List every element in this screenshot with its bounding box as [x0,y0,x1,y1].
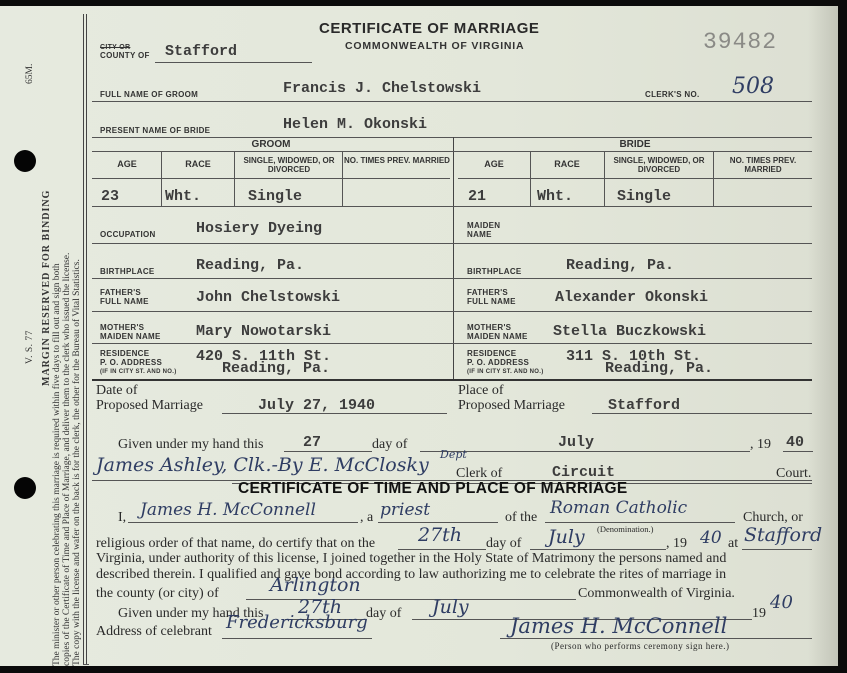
celebrant-name: James H. McConnell [140,500,316,520]
license-day-of-label: day of [372,437,407,453]
document-title: CERTIFICATE OF MARRIAGE [319,20,539,37]
bride-race: Wht. [537,188,573,205]
license-day-rule [284,451,372,452]
section-rule [92,151,812,152]
ceremony-of-the-label: of the [505,510,537,526]
bride-father-label-1: FATHER'S [467,289,508,297]
license-given-label: Given under my hand this [118,437,263,453]
license-month-rule [420,451,750,452]
county-label: COUNTY OF [100,52,150,60]
margin-instructions-2: copies of the Certificate of Time and Pl… [62,253,73,666]
bride-mother-label-1: MOTHER'S [467,324,511,332]
ceremony-day: 27th [418,524,462,546]
groom-name-rule [92,101,812,102]
groom-father-label-1: FATHER'S [100,289,141,297]
binding-hole-top [14,150,36,172]
county-rule [155,62,312,63]
groom-occupation: Hosiery Dyeing [196,220,322,237]
groom-mother-label-1: MOTHER'S [100,324,144,332]
dept-note: Dept [440,448,467,461]
license-year-rule [783,451,813,452]
bride-mother-label-2: MAIDEN NAME [467,333,528,341]
date-proposed-rule [222,413,447,414]
license-given-month: July [558,434,594,451]
date-proposed-value: July 27, 1940 [258,397,375,414]
border-bottom [83,664,89,665]
bride-residence-label-1: RESIDENCE [467,350,516,358]
ceremony-at-label: at [728,536,738,552]
ceremony-month-rule [530,549,666,550]
residence-rule [92,379,812,381]
place-proposed-label-1: Place of [458,383,503,399]
bride-status: Single [617,188,671,205]
birthplace-rule [92,278,812,279]
paper-edge-shadow [808,6,838,666]
bride-col-status: SINGLE, WIDOWED, OR DIVORCED [605,156,713,174]
ceremony-i-label: I, [118,510,126,526]
ceremony-place-rule [742,549,812,550]
groom-mother: Mary Nowotarski [196,323,331,340]
date-proposed-label-1: Date of [96,383,138,399]
bride-col-times: NO. TIMES PREV. MARRIED [714,156,812,174]
groom-residence-label-1: RESIDENCE [100,350,149,358]
bride-col-race: RACE [531,160,603,169]
margin-instructions-1: The minister or other person celebrating… [52,263,63,666]
groom-col-age: AGE [92,160,162,169]
groom-status: Single [248,188,302,205]
binding-hole-bottom [14,477,36,499]
bride-maiden-label-1: MAIDEN [467,222,500,230]
ceremony-year: 40 [700,528,722,548]
print-run: 65M. [25,64,36,84]
margin-instructions-3: The copy with the license and wafer on t… [72,259,83,666]
ceremony-a-label: , a [360,510,373,526]
clerk-no: 508 [732,74,774,99]
groom-section-label: GROOM [92,140,450,149]
border-left-outer [83,14,84,664]
groom-birthplace: Reading, Pa. [196,257,304,274]
groom-mother-label-2: MAIDEN NAME [100,333,161,341]
commonwealth-label: Commonwealth of Virginia. [578,586,735,602]
bride-residence-label-3: (IF IN CITY ST. AND NO.) [467,369,544,375]
groom-col-times: NO. TIMES PREV. MARRIED [344,156,450,165]
bride-name-rule [92,137,812,138]
ceremony-given-month: July [432,596,469,618]
bride-age: 21 [468,188,486,205]
marriage-certificate: V. S. 77 65M. MARGIN RESERVED FOR BINDIN… [0,6,838,666]
groom-header-rule [92,178,450,179]
ceremony-given-day-of-label: day of [366,606,401,622]
court-value: Circuit [552,464,615,481]
clerk-no-label: CLERK'S NO. [645,91,700,99]
bride-maiden-label-2: NAME [467,231,492,239]
bride-father-label-2: FULL NAME [467,298,516,306]
groom-name-label: FULL NAME OF GROOM [100,91,198,99]
bride-residence-line2: Reading, Pa. [605,360,713,377]
groom-col-status: SINGLE, WIDOWED, OR DIVORCED [236,156,342,174]
margin-heading: MARGIN RESERVED FOR BINDING [42,190,53,386]
groom-residence-line2: Reading, Pa. [222,360,330,377]
celebrant-title-rule [378,522,498,523]
groom-race: Wht. [165,188,201,205]
form-code: V. S. 77 [25,330,36,364]
celebrant-title: priest [380,500,430,520]
denomination-caption: (Denomination.) [597,524,653,534]
place-proposed-rule [592,413,812,414]
bride-header-rule [458,178,812,179]
bride-name: Helen M. Okonski [283,116,427,133]
data-row-rule [92,206,812,207]
county-label-struck: CITY OR [100,44,130,51]
date-proposed-label-2: Proposed Marriage [96,398,203,414]
celebrant-signature: James H. McConnell [510,614,727,638]
groom-birthplace-label: BIRTHPLACE [100,268,155,276]
address-celebrant-label: Address of celebrant [96,624,212,640]
ceremony-day-of-label: day of [486,536,521,552]
address-rule [222,638,372,639]
signature-rule [500,638,812,639]
place-proposed-label-2: Proposed Marriage [458,398,565,414]
groom-father-label-2: FULL NAME [100,298,149,306]
bride-father: Alexander Okonski [555,289,708,306]
ceremony-line2: religious order of that name, do certify… [96,536,375,552]
bride-residence-label-2: P. O. ADDRESS [467,359,529,367]
ceremony-body-line4: described therein. I qualified and gave … [96,567,726,583]
groom-name: Francis J. Chelstowski [283,80,481,97]
bride-mother: Stella Buczkowski [553,323,706,340]
groom-residence-label-2: P. O. ADDRESS [100,359,162,367]
groom-father: John Chelstowski [196,289,340,306]
bride-section-label: BRIDE [458,140,812,149]
license-year-prefix: , 19 [750,437,771,453]
ceremony-county-value: Arlington [270,574,361,596]
bride-name-label: PRESENT NAME OF BRIDE [100,127,210,135]
ceremony-given-year: 40 [770,592,793,613]
ceremony-given-year-prefix: 19 [752,606,766,622]
denomination: Roman Catholic [550,498,687,518]
ceremony-body-line3: Virginia, under authority of this licens… [96,551,726,567]
clerk-signature: James Ashley, Clk.-By E. McClosky [96,454,429,476]
ceremony-day-rule [398,549,486,550]
address-celebrant-value: Fredericksburg [226,612,368,633]
ceremony-county-label: the county (or city) of [96,586,219,602]
serial-number: 39482 [703,29,777,55]
border-left-inner [86,14,87,664]
ceremony-title: CERTIFICATE OF TIME AND PLACE OF MARRIAG… [238,480,627,498]
mother-rule [92,343,812,344]
occupation-rule [92,243,812,244]
groom-occupation-label: OCCUPATION [100,231,156,239]
document-subtitle: COMMONWEALTH OF VIRGINIA [345,40,524,52]
ceremony-place: Stafford [744,524,822,546]
bride-col-age: AGE [458,160,530,169]
license-given-year: 40 [786,434,804,451]
celebrant-name-rule [128,522,358,523]
ceremony-county-rule [246,599,576,600]
bride-birthplace-label: BIRTHPLACE [467,268,522,276]
place-proposed-value: Stafford [608,397,680,414]
county-value: Stafford [165,43,237,60]
father-rule [92,311,812,312]
groom-col-race: RACE [162,160,234,169]
ceremony-month: July [548,526,585,548]
groom-residence-label-3: (IF IN CITY ST. AND NO.) [100,369,177,375]
groom-age: 23 [101,188,119,205]
signature-caption: (Person who performs ceremony sign here.… [551,641,729,651]
denomination-rule [545,522,735,523]
bride-birthplace: Reading, Pa. [566,257,674,274]
ceremony-year-prefix: , 19 [666,536,687,552]
license-given-day: 27 [303,434,321,451]
